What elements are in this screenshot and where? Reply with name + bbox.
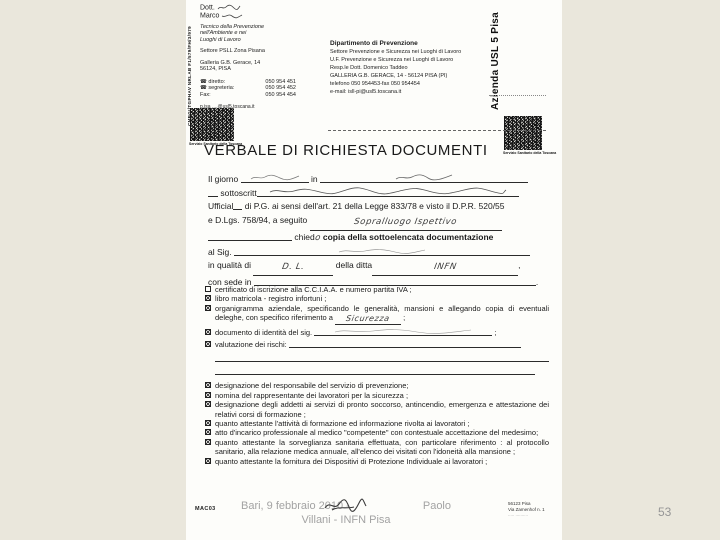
checklist-item: designazione degli addetti ai servizi di…	[205, 400, 549, 419]
handwriting-scribble	[394, 173, 454, 181]
checkbox-icon	[205, 341, 211, 347]
fax-label: Fax:	[200, 92, 211, 99]
health-service-stamp-right	[504, 116, 542, 150]
checkbox-icon	[205, 392, 211, 398]
fax-value: 050 954 454	[265, 92, 296, 99]
blank-field: D. L.	[253, 267, 333, 276]
blank-field	[208, 232, 292, 241]
document-checklist: certificato di iscrizione alla C.C.I.A.A…	[205, 285, 549, 466]
blank-field	[234, 247, 530, 256]
footer-author-first: Paolo	[423, 499, 451, 513]
dotted-separator	[489, 95, 546, 96]
blank-field	[241, 174, 309, 183]
handwriting-scribble	[268, 187, 508, 195]
handwritten-entry: Sicurezza	[345, 314, 390, 323]
checklist-item: nomina del rappresentante dei lavoratori…	[205, 391, 549, 400]
checkbox-icon	[205, 420, 211, 426]
checklist-item: organigramma aziendale, specificando le …	[205, 304, 549, 325]
presentation-slide: CMPGI/TGPHAV NRLAB F1/579/FH/3/979 Dott.…	[0, 0, 720, 540]
blank-field	[314, 328, 492, 336]
slide-page-number: 53	[658, 505, 671, 519]
checklist-item: libro matricola - registro infortuni ;	[205, 294, 549, 303]
checkbox-icon	[205, 286, 211, 292]
officer-title: Dott.	[200, 4, 215, 11]
blank-field	[257, 188, 519, 197]
checklist-item: documento di identità del sig. ;	[205, 328, 549, 337]
checklist-item-text: designazione del responsabile del serviz…	[215, 381, 549, 390]
checklist-item-text: organigramma aziendale, specificando le …	[215, 304, 549, 325]
scanned-document: CMPGI/TGPHAV NRLAB F1/579/FH/3/979 Dott.…	[186, 0, 562, 540]
handwritten-entry: D. L.	[281, 261, 306, 275]
handwriting-scribble	[217, 4, 241, 11]
handwriting-scribble	[322, 496, 368, 514]
checkbox-icon	[205, 439, 211, 445]
form-line-addressee: al Sig.	[208, 246, 548, 260]
handwritten-entry: o	[313, 232, 321, 246]
checkbox-icon	[205, 295, 211, 301]
checklist-item: quanto attestante la sorveglianza sanita…	[205, 438, 549, 457]
health-service-stamp-left	[190, 108, 234, 141]
checkbox-icon	[205, 305, 211, 311]
checklist-item-text: valutazione dei rischi:	[215, 340, 549, 349]
checklist-item-text: quanto attestante l'attività di formazio…	[215, 419, 549, 428]
blank-field: Sicurezza	[335, 317, 401, 325]
checklist-item: certificato di iscrizione alla C.C.I.A.A…	[205, 285, 549, 294]
blank-line	[215, 362, 535, 375]
checklist-item-text: documento di identità del sig. ;	[215, 328, 549, 337]
handwriting-scribble	[337, 247, 427, 254]
azienda-usl-vertical-label: Azienda USL 5 Pisa	[490, 18, 506, 110]
checklist-item-text: atto d'incarico professionale al medico …	[215, 428, 549, 437]
checklist-item-text: nomina del rappresentante dei lavoratori…	[215, 391, 549, 400]
form-line-official: Ufficial di P.G. ai sensi dell'art. 21 d…	[208, 200, 548, 214]
checklist-item-text: quanto attestante la sorveglianza sanita…	[215, 438, 549, 457]
handwritten-entry: INFN	[433, 261, 458, 275]
stamp-line3: ..... ..........	[508, 512, 545, 518]
blank-line	[215, 349, 549, 362]
form-line-dlgs: e D.Lgs. 758/94, a seguito Sopralluogo I…	[208, 214, 548, 231]
checklist-item-text: quanto attestante la fornitura dei Dispo…	[215, 457, 549, 466]
checkbox-icon	[205, 458, 211, 464]
checklist-item: quanto attestante l'attività di formazio…	[205, 419, 549, 428]
checkbox-icon	[205, 401, 211, 407]
blank-field	[320, 174, 528, 183]
address-stamp: 56123 Pisa Via Zamenhof n. 1 ..... .....…	[508, 501, 545, 518]
form-code: MAC03	[195, 506, 216, 512]
footer-author-rest: Villani - INFN Pisa	[241, 513, 451, 527]
handwriting-scribble	[221, 12, 243, 19]
checklist-item: atto d'incarico professionale al medico …	[205, 428, 549, 437]
checklist-item: designazione del responsabile del serviz…	[205, 381, 549, 390]
blank-field	[208, 188, 218, 197]
stamp-caption-right: Servizio Sanitario della Toscana	[503, 151, 556, 155]
checklist-item-text: certificato di iscrizione alla C.C.I.A.A…	[215, 285, 549, 294]
blank-field	[289, 340, 521, 348]
address-line2: 56124, PISA	[200, 66, 320, 73]
sector-line: Settore PSLL Zona Pisana	[200, 48, 320, 55]
form-body: Il giorno in sottoscritt Ufficial di P.G…	[208, 173, 548, 290]
letterhead-left-column: Dott. Marco Tecnico della Prevenzione ne…	[200, 4, 320, 111]
checklist-item: quanto attestante la fornitura dei Dispo…	[205, 457, 549, 466]
form-line-undersigned: sottoscritt	[208, 187, 548, 201]
document-title: VERBALE DI RICHIESTA DOCUMENTI	[204, 142, 488, 159]
checklist-item-text: designazione degli addetti ai servizi di…	[215, 400, 549, 419]
officer-name: Marco	[200, 13, 219, 20]
officer-role-line3: Luoghi di Lavoro	[200, 37, 320, 44]
handwriting-scribble	[333, 327, 473, 334]
handwritten-entry: Sopralluogo Ispettivo	[353, 216, 458, 230]
form-line-request: chiedo copia della sottoelencata documen…	[208, 231, 548, 246]
checkbox-icon	[205, 329, 211, 335]
checklist-item: valutazione dei rischi:	[205, 340, 549, 349]
checkbox-icon	[205, 429, 211, 435]
dashed-separator	[328, 130, 546, 131]
blank-field	[233, 201, 242, 210]
handwriting-scribble	[250, 174, 300, 181]
form-line-day: Il giorno in	[208, 173, 548, 187]
form-line-role-company: in qualità di D. L. della dittaINFN,	[208, 259, 548, 276]
checklist-item-text: libro matricola - registro infortuni ;	[215, 294, 549, 303]
checkbox-icon	[205, 382, 211, 388]
blank-field: INFN	[372, 267, 518, 276]
blank-field: Sopralluogo Ispettivo	[310, 222, 502, 231]
